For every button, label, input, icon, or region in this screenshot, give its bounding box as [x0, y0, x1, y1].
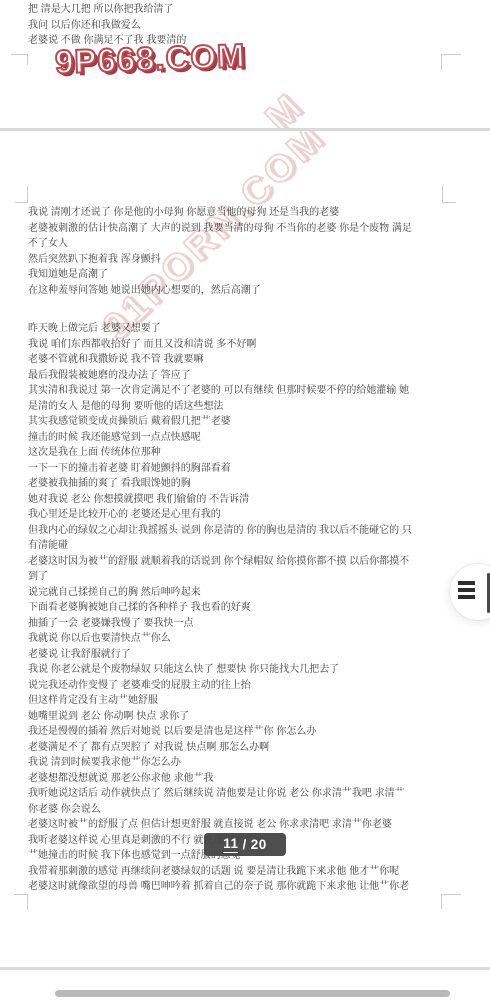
text-line: 但这样肯定没有主动艹她舒服 [28, 693, 412, 709]
text-line: 老婆被我抽插的爽了 看我眼馋她的胸 [28, 476, 412, 492]
text-line: 这次是我在上面 传统体位那种 [28, 445, 412, 461]
text-line [28, 298, 412, 321]
text-line: 老婆不管就和我撒娇说 我不管 我就要嘛 [28, 352, 412, 368]
text-line: 老婆这时就像欲望的母兽 嘴巴呻吟着 抓着自己的奈子说 那你就跪下来求他 让他艹你… [28, 879, 412, 895]
text-line: 最后我假装被她磨的没办法了 答应了 [28, 368, 412, 384]
text-line: 我说 你老公就是个废物绿奴 只能这么快了 想要快 你只能找大几把去了 [28, 662, 412, 678]
corner-mark [15, 186, 28, 203]
text-line: 一下一下的撞击着老婆 盯着她颤抖的胸部看着 [28, 461, 412, 477]
watermark-fragment: M [258, 87, 311, 128]
page-indicator-badge: 11 / 20 [204, 833, 286, 856]
text-line: 我还是慢慢的插着 然后对她说 以后要是清也是这样艹你 你怎么办 [28, 724, 412, 740]
text-line: 老婆这时因为被艹的舒服 就顺着我的话说到 你个绿帽奴 给你摸你都不摸 以后你都摸… [28, 554, 412, 570]
text-line: 我说 咱们东西都收拾好了 而且又没和清说 多不好啊 [28, 337, 412, 353]
text-line: 老婆被刺激的估计快高潮了 大声的说到 我要当清的母狗 不当你的老婆 你是个废物 … [28, 221, 412, 237]
text-line: 撞击的时候 我还能感觉到一点点快感呢 [28, 430, 412, 446]
text-line: 其实我感觉锁变成贞操锁后 戴着假几把艹老婆 [28, 414, 412, 430]
text-line: 我带着那刺激的感觉 再继续问老婆绿奴的话题 说 要是清让我跪下来求他 他才艹你呢 [28, 864, 412, 880]
corner-mark [441, 894, 461, 909]
text-line: 老婆满足不了 都有点哭腔了 对我说 快点啊 那怎么办啊 [28, 740, 412, 756]
text-line: 她对我说 老公 你想摸就摸吧 我们偷偷的 不告诉清 [28, 492, 412, 508]
text-line: 我听她说这话后 动作就快点了 然后继续说 清他要是让你说 老公 你求清艹我吧 求… [28, 786, 412, 802]
text-line: 在这种羞辱问答她 她说出她内心想要的，然后高潮了 [28, 283, 412, 299]
site-watermark: 9P668.COM [54, 37, 246, 82]
text-line: 我知道她是高潮了 [28, 267, 412, 283]
text-line: 昨天晚上做完后 老婆又想要了 [28, 321, 412, 337]
text-line: 是清的女人 是他的母狗 要听他的话这些想法 [28, 399, 412, 415]
text-line: 然后突然趴下抱着我 浑身颤抖 [28, 252, 412, 268]
text-line: 但我内心的绿奴之心却让我摇摇头 说到 你是清的 你的胸也是清的 我以后不能碰它的… [28, 523, 412, 539]
text-line: 你老婆 你会说么 [28, 802, 412, 818]
text-line: 我说 清到时候要我求他艹你怎么办 [28, 755, 412, 771]
text-line: 抽插了一会 老婆嫌我慢了 要我快一点 [28, 616, 412, 632]
text-line: 我问 以后你还和我做爱么 [28, 18, 186, 34]
text-line: 老婆说 让我舒服就行了 [28, 647, 412, 663]
page-image-next[interactable] [0, 970, 490, 1000]
corner-mark [442, 186, 456, 203]
page-image-prev[interactable]: 把 清是大几把 所以你把我给清了我问 以后你还和我做爱么老婆说 不做 你满足不了… [0, 0, 490, 128]
corner-mark [11, 54, 28, 65]
text-line: 她嘴里说到 老公 你动啊 快点 求你了 [28, 709, 412, 725]
loading-placeholder-bar [55, 990, 450, 997]
hamburger-icon [458, 581, 475, 599]
text-line: 其实清和我说过 第一次肯定满足不了老婆的 可以有继续 但那时候要不停的给她灌输 … [28, 383, 412, 399]
corner-mark [14, 894, 28, 910]
text-line: 我说 清刚才还说了 你是他的小母狗 你愿意当他的母狗 还是当我的老婆 [28, 205, 412, 221]
text-line: 说完我还动作变慢了 老婆难受的屁股主动的往上抬 [28, 678, 412, 694]
text-line: 说完就自己揉搓自己的胸 然后呻吟起来 [28, 585, 412, 601]
page-current-text: 我说 清刚才还说了 你是他的小母狗 你愿意当他的母狗 还是当我的老婆老婆被刺激的… [28, 205, 412, 895]
text-line: 不了女人 [28, 236, 412, 252]
text-line: 下面看老婆胸被她自己揉的各种样子 我也看的好爽 [28, 600, 412, 616]
text-line: 到了 [28, 569, 412, 585]
page-separator-slash: / [242, 837, 246, 852]
reader-screen: 把 清是大几把 所以你把我给清了我问 以后你还和我做爱么老婆说 不做 你满足不了… [0, 0, 490, 1000]
page-current-number: 11 [223, 836, 238, 853]
corner-mark [441, 54, 461, 70]
text-line: 我就说 你以后也要清快点艹你么 [28, 631, 412, 647]
text-line: 有清能碰 [28, 538, 412, 554]
text-line: 我心里还是比较开心的 老婆还是心里有我的 [28, 507, 412, 523]
text-line: 老婆这时被艹的舒服了点 但估计想更舒服 就直接说 老公 你求求清吧 求清艹你老婆 [28, 817, 412, 833]
text-line: 老婆想都没想就说 那老公你求他 求他艹我 [28, 771, 412, 787]
text-line: 把 清是大几把 所以你把我给清了 [28, 2, 186, 18]
page-total-number: 20 [251, 837, 267, 852]
